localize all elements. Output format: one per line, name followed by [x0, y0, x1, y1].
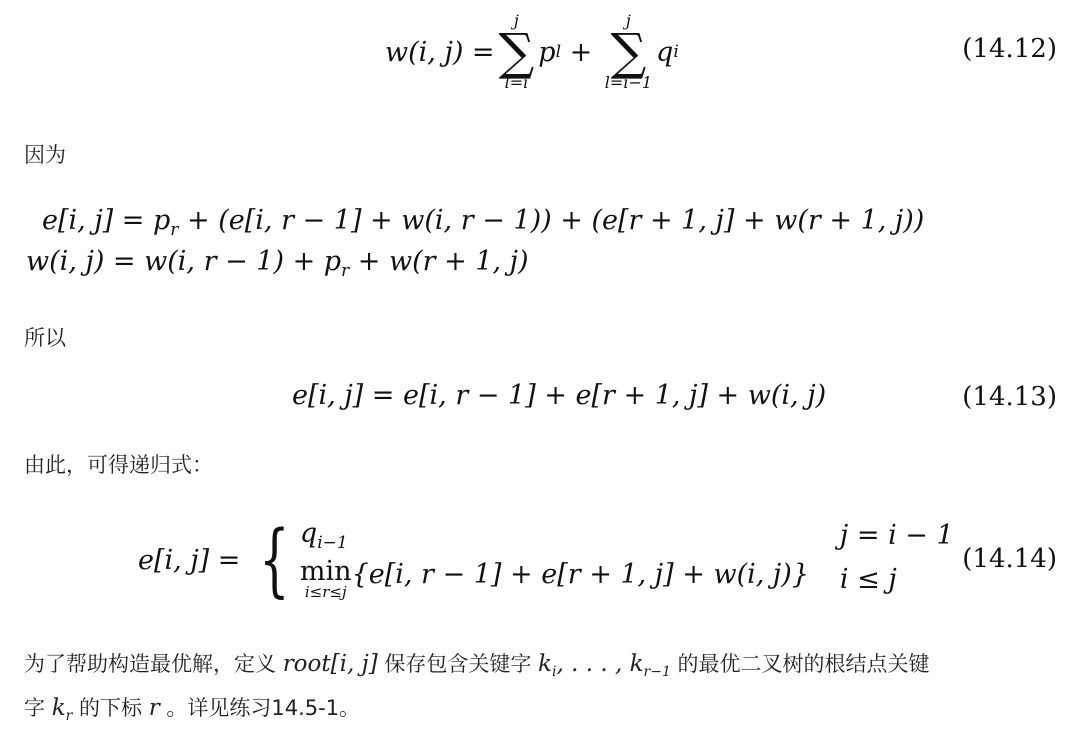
eq-14-12-lhs: w(i, j) = — [385, 37, 495, 68]
equation-number-14-12: (14.12) — [962, 34, 1057, 64]
text-because: 因为 — [24, 137, 66, 173]
summation-1: j ∑ l=i — [499, 12, 535, 92]
cases: qi−1 j = i − 1 min i≤r≤j {e[i, r − 1] + … — [300, 516, 954, 604]
equation-because-2: w(i, j) = w(i, r − 1) + pr + w(r + 1, j) — [26, 246, 529, 281]
equation-14-14: e[i, j] = { qi−1 j = i − 1 min i≤r≤j {e[… — [138, 510, 954, 610]
final-paragraph: 为了帮助构造最优解，定义 root[i, j] 保存包含关键字 ki, . . … — [24, 646, 1074, 734]
case-row-2: min i≤r≤j {e[i, r − 1] + e[r + 1, j] + w… — [300, 554, 954, 604]
equation-14-12: w(i, j) = j ∑ l=i pl + j ∑ l=i−1 qi — [385, 2, 679, 102]
text-hence: 由此，可得递归式： — [24, 447, 213, 483]
equation-14-13: e[i, j] = e[i, r − 1] + e[r + 1, j] + w(… — [292, 380, 826, 411]
left-brace: { — [259, 520, 290, 600]
summation-2: j ∑ l=i−1 — [605, 12, 652, 92]
equation-because-1: e[i, j] = pr + (e[i, r − 1] + w(i, r − 1… — [42, 205, 924, 240]
equation-number-14-13: (14.13) — [962, 382, 1057, 412]
text-therefore: 所以 — [24, 320, 66, 356]
equation-number-14-14: (14.14) — [962, 544, 1057, 574]
case-row-1: qi−1 j = i − 1 — [300, 516, 954, 554]
